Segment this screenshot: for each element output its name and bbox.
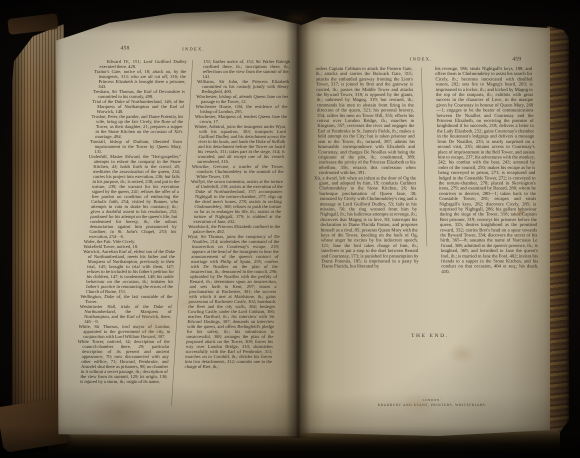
index-entry: Tunstall, bishop of Durham, liberated fr… — [89, 139, 182, 154]
index-entry: Woodstock, the Princess Elizabeth confin… — [188, 224, 281, 234]
left-running-head: INDEX. — [95, 47, 291, 52]
index-entry: Wolfytt, the sworn tormentor, assists at… — [188, 179, 283, 224]
right-page-column-1: orders Captain Cobham to attack the Post… — [311, 67, 420, 302]
left-page-columns: Edward IV., 151; Lord Guilford Dudley ex… — [74, 59, 291, 409]
index-entry: his revenge, 186; steals Nightgall's key… — [430, 67, 539, 275]
index-entry: Westminster Hall, trials of the Duke of … — [79, 304, 172, 324]
index-entry: White Tower, noticed, 14; description of… — [75, 339, 170, 384]
index-entry: Winchester, bishop of, attends Queen Jan… — [196, 94, 289, 104]
index-entry: Trial of the Duke of Northumberland, 146… — [92, 99, 185, 114]
index-entry: Williams, Sir John, the Princess Elizabe… — [196, 79, 289, 94]
right-page-text-block: 459 INDEX. orders Captain Cobham to atta… — [310, 50, 544, 436]
printer-imprint: LONDON: BRADBURY AND EVANS, PRINTERS, WH… — [321, 399, 543, 407]
index-entry: Winchester House, Old, the residence of … — [195, 104, 288, 114]
column-divider-rule — [421, 68, 427, 247]
index-entry: White, Sir Thomas, lord mayor of London,… — [78, 324, 171, 339]
imprint-city: LONDON: — [321, 399, 543, 402]
right-fore-edge-pages — [547, 26, 569, 432]
index-entry: Underhill, Master Edward, the "Hot-gospe… — [84, 154, 181, 239]
left-fore-edge-pages — [12, 24, 64, 436]
imprint-printer: BRADBURY AND EVANS, PRINTERS, WHITEFRIAR… — [321, 403, 543, 407]
index-entry: Winwike, Gervase, a warder of the Tower,… — [191, 164, 284, 179]
right-running-head: INDEX. — [310, 57, 532, 62]
photo-open-book: 458 INDEX. Edward IV., 151; Lord Guilfor… — [0, 0, 580, 458]
index-entry: Edward IV., 151; Lord Guilford Dudley ex… — [94, 59, 187, 69]
the-end-text: THE END. — [319, 333, 541, 339]
index-entry: Trusbut, Peter, the pantler, and Dame Po… — [90, 114, 184, 139]
index-entry: orders Captain Cobham to attack the Post… — [311, 67, 416, 176]
index-entry: 151; further notice of, 152; Sir Walter … — [197, 59, 290, 79]
index-entry: Warwick, Aurelian Earl of, eldest son of… — [81, 249, 176, 294]
index-entry: Wyat, Sir Thomas, joins the conspiracy o… — [179, 234, 279, 369]
index-entry: Xit, a dwarf, left when an infant at the… — [314, 176, 419, 270]
right-page-column-2: his revenge, 186; steals Nightgall's key… — [430, 67, 539, 302]
index-entry: Winter, Admiral, joins the insurgents un… — [192, 124, 286, 164]
index-entry: Traitor's Gate, notice of, 18; attack on… — [93, 69, 186, 89]
index-entry: Tresham, Sir Thomas, the Earl of Devonsh… — [93, 89, 186, 99]
left-page-text-block: 458 INDEX. Edward IV., 151; Lord Guilfor… — [72, 42, 292, 434]
index-entry: Wellington, Duke of, the last constable … — [80, 294, 173, 304]
right-page-columns: orders Captain Cobham to attack the Post… — [311, 67, 540, 302]
index-entry: Winchester, Marquess of, tenders Queen J… — [194, 114, 287, 124]
